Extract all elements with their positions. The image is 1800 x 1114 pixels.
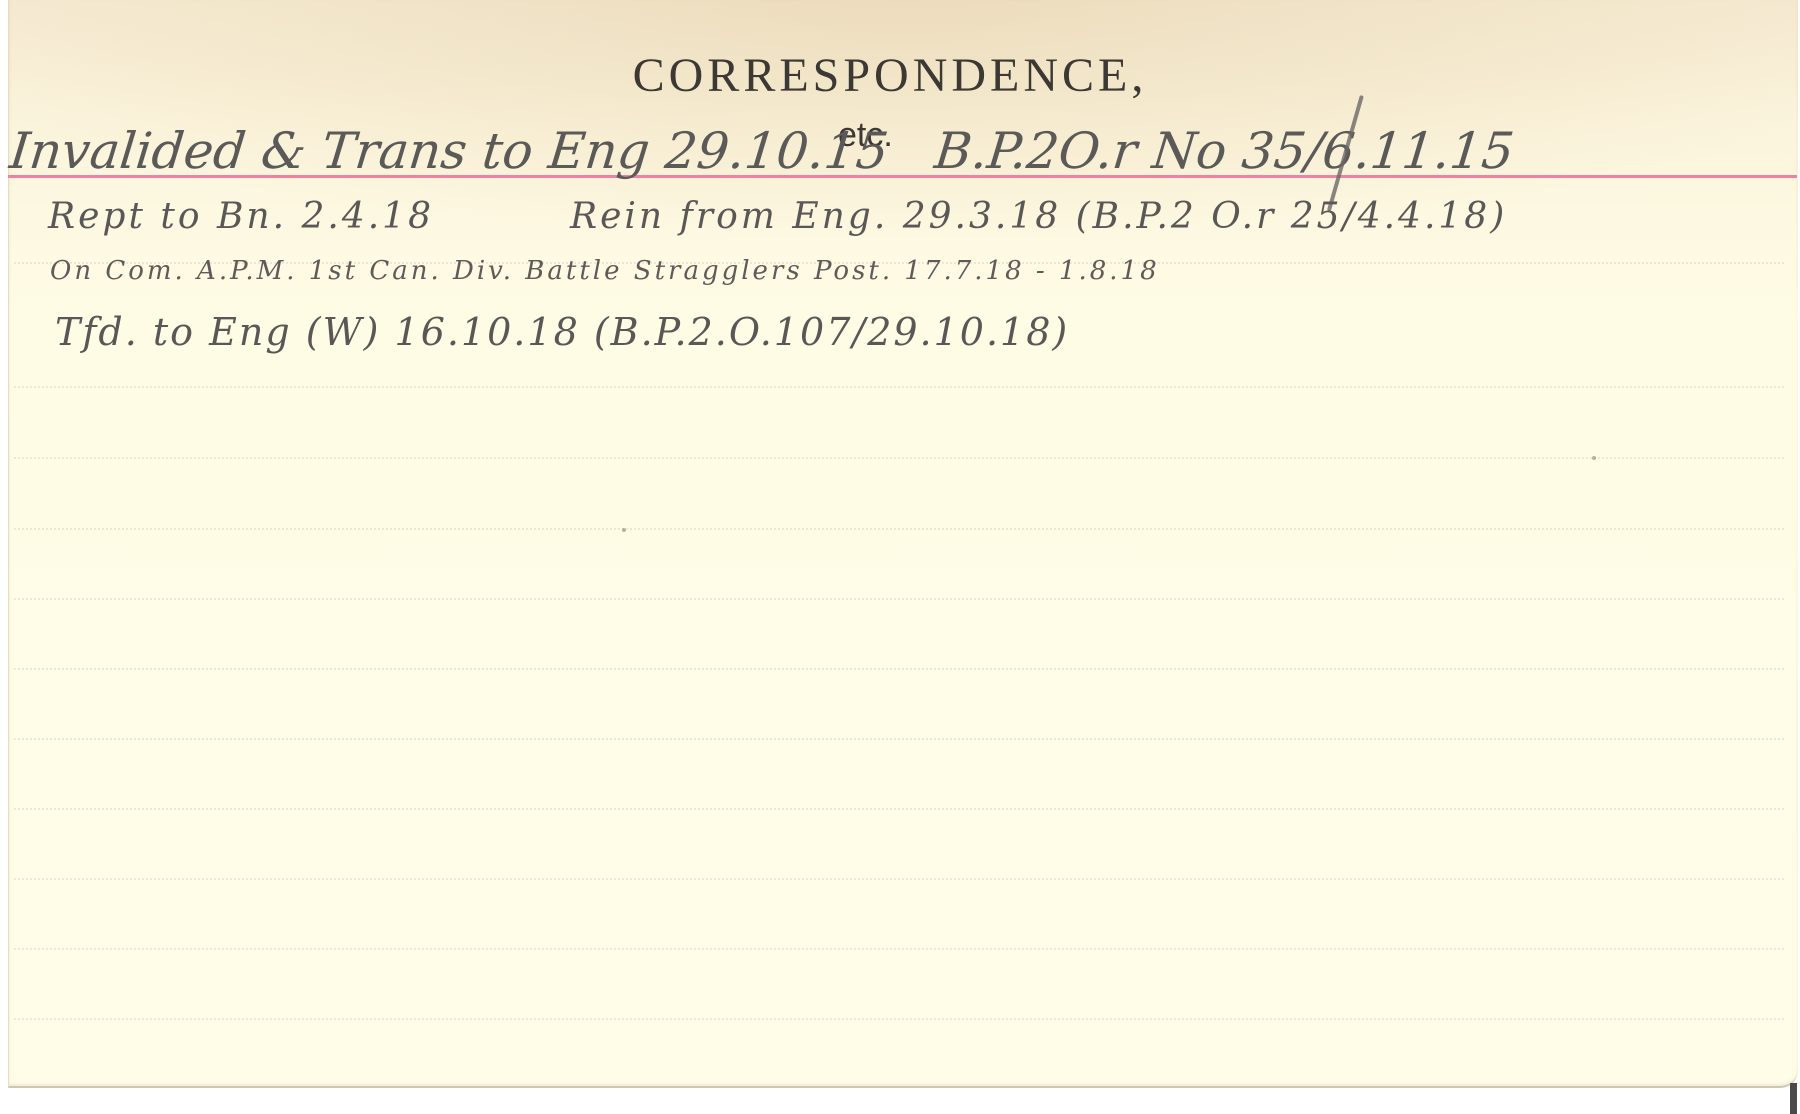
entry-2-reinforcement: Rein from Eng. 29.3.18 (B.P.2 O.r 25/4.4… <box>570 196 1507 237</box>
scan-edge-shadow <box>1790 1083 1797 1114</box>
entry-4-transferred: Tfd. to Eng (W) 16.10.18 (B.P.2.O.107/29… <box>55 310 1069 354</box>
dotted-ruled-line <box>14 808 1784 810</box>
dotted-ruled-line <box>14 528 1784 530</box>
dotted-ruled-line <box>14 386 1784 388</box>
dotted-ruled-line <box>14 598 1784 600</box>
dotted-ruled-line <box>14 1018 1784 1020</box>
entry-2-reported: Rept to Bn. 2.4.18 <box>48 196 434 237</box>
dotted-ruled-line <box>14 457 1784 459</box>
dotted-ruled-line <box>14 878 1784 880</box>
paper-speck <box>622 528 626 532</box>
dotted-ruled-line <box>14 738 1784 740</box>
dotted-ruled-line <box>14 948 1784 950</box>
dotted-ruled-line <box>14 668 1784 670</box>
entry-1-invalided: Invalided & Trans to Eng 29.10.15 <box>7 122 891 180</box>
paper-speck <box>1592 456 1596 460</box>
entry-3-on-command: On Com. A.P.M. 1st Can. Div. Battle Stra… <box>50 256 1160 286</box>
entry-1-reference: B.P.2O.r No 35/6.11.15 <box>932 122 1517 180</box>
card-heading: CORRESPONDENCE, <box>565 48 1215 103</box>
